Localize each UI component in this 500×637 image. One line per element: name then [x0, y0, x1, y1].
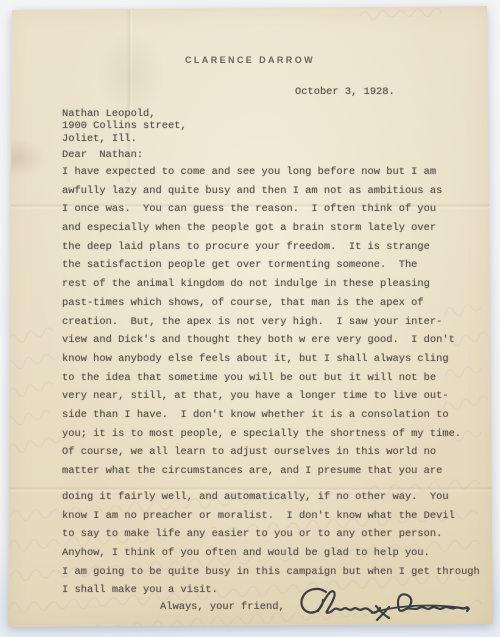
letter-line: I have expected to come and see you long…: [62, 163, 470, 182]
letter-line: doing it fairly well, and automatically,…: [62, 488, 470, 507]
letter-line: side than I have. I don't know whether i…: [62, 406, 470, 425]
signature-ink-stroke: [296, 584, 476, 626]
salutation: Dear Nathan:: [62, 149, 143, 161]
letter-line: you; it is to most people, e specially t…: [62, 425, 470, 444]
letter-line: know how anybody else feels about it, bu…: [62, 350, 470, 369]
paper-smudge: [0, 138, 46, 178]
recipient-address-block: Nathan Leopold,1900 Collins street,Jolie…: [62, 108, 187, 145]
date-line: October 3, 1928.: [295, 86, 395, 98]
letter-line: 1900 Collins street,: [62, 120, 187, 132]
letter-line: and especially when the people got a bra…: [62, 219, 470, 238]
letterhead-clarence-darrow: CLARENCE DARROW: [0, 55, 500, 65]
letter-line: past-times which shows, of course, that …: [62, 294, 470, 313]
letter-line: I once was. You can guess the reason. I …: [62, 200, 470, 219]
letter-line: know I am no preacher or moralist. I don…: [62, 507, 470, 526]
letter-line: Nathan Leopold,: [62, 108, 187, 120]
letter-line: Anyhow, I think of you often and would b…: [62, 544, 470, 563]
letter-line: awfully lazy and quite busy and then I a…: [62, 182, 470, 201]
letter-line: to say to make life any easier to you or…: [62, 525, 470, 544]
paper-smudge: [96, 30, 166, 120]
letter-line: rest of the animal kingdom do not indulg…: [62, 275, 470, 294]
letter-line: creation. But, the apex is not very high…: [62, 313, 470, 332]
paper-shadow-wrap: CLARENCE DARROW October 3, 1928. Nathan …: [0, 0, 500, 637]
letter-line: the satisfaction people get over torment…: [62, 256, 470, 275]
letter-line: Of course, we all learn to adjust oursel…: [62, 443, 470, 462]
body-paragraph-1: I have expected to come and see you long…: [62, 163, 470, 481]
signature-clarence-darrow: Clarence Darrow: [296, 584, 476, 626]
letter-paper: CLARENCE DARROW October 3, 1928. Nathan …: [0, 0, 500, 637]
scanned-letter-page: CLARENCE DARROW October 3, 1928. Nathan …: [0, 0, 500, 637]
letter-line: Joliet, Ill.: [62, 133, 187, 145]
letter-line: very near, still, at that, you have a lo…: [62, 387, 470, 406]
letter-line: matter what the circumstances are, and I…: [62, 462, 470, 481]
letter-line: the deep laid plans to procure your free…: [62, 238, 470, 257]
letter-line: view and Dick's and thought they both w …: [62, 331, 470, 350]
letter-line: to the idea that sometime you will be ou…: [62, 369, 470, 388]
closing-line: Always, your friend,: [160, 601, 285, 613]
letter-line: I am going to be quite busy in this camp…: [62, 563, 470, 582]
